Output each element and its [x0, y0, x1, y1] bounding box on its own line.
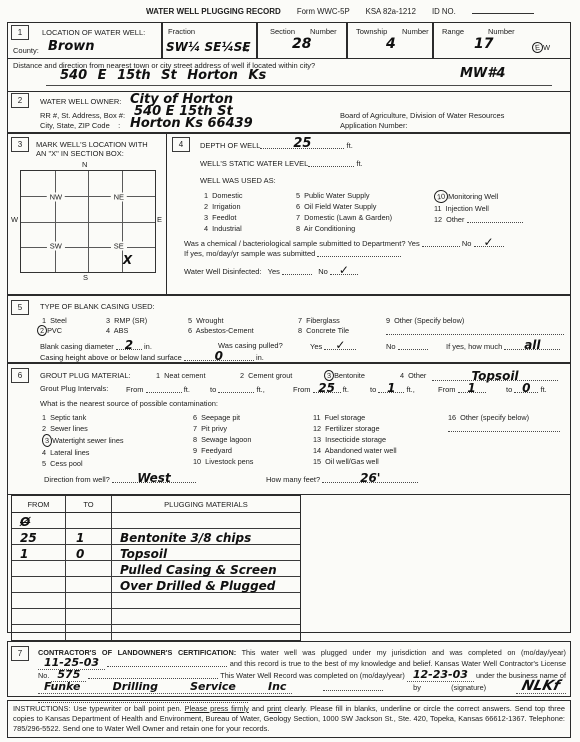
- plugging-materials-table: FROM TO PLUGGING MATERIALS Ø 25 1 Benton…: [11, 495, 301, 641]
- well-use-option: 1 Domestic: [204, 190, 243, 201]
- county-label: County:: [13, 46, 39, 55]
- section1-location: 1 LOCATION OF WATER WELL: County: Brown …: [8, 23, 570, 59]
- table-row: [12, 609, 300, 625]
- well-use-option: 8 Air Conditioning: [296, 223, 392, 234]
- casing-option: 7 Fiberglass: [298, 316, 340, 325]
- to-label: to: [210, 385, 216, 394]
- section7-number-badge: 7: [11, 646, 29, 661]
- plugging-table-region: FROM TO PLUGGING MATERIALS Ø 25 1 Benton…: [7, 495, 571, 633]
- section3-number-badge: 3: [11, 137, 29, 152]
- well-use-option: 7 Domestic (Lawn & Garden): [296, 212, 392, 223]
- contamination-option: 9 Feedyard: [193, 445, 253, 456]
- city-state-zip-value: Horton Ks 66439: [130, 117, 253, 130]
- quadrant-ne-label: NE: [111, 193, 127, 202]
- watertight-label: Watertight sewer lines: [52, 436, 124, 445]
- dotted-leader: [317, 248, 401, 257]
- range-number-label: Number: [488, 27, 515, 36]
- how-much-value: all: [524, 339, 540, 351]
- material-value: Topsoil: [120, 548, 167, 560]
- section1-title: LOCATION OF WATER WELL:: [42, 28, 145, 37]
- dotted-leader: [467, 214, 523, 223]
- casing-height-line: Casing height above or below land surfac…: [40, 352, 264, 362]
- from-label: From: [438, 385, 456, 394]
- township-value: 4: [386, 37, 396, 51]
- to-label: to: [506, 385, 512, 394]
- circled-2-mark: 2: [37, 325, 48, 337]
- contamination-option: 2 Sewer lines: [42, 423, 124, 434]
- interval-3-to: to 0 ft.: [506, 384, 547, 394]
- pulled-question: Was casing pulled?: [218, 341, 283, 350]
- mid-form-box: 3 MARK WELL'S LOCATION WITH AN "X" IN SE…: [7, 133, 571, 295]
- fraction-value: SW¼ SE¼SE: [166, 41, 251, 53]
- distance-direction-row: Distance and direction from nearest town…: [8, 58, 570, 92]
- township-label: Township: [356, 27, 387, 36]
- contamination-option: 6 Seepage pit: [193, 412, 253, 423]
- contamination-option: 16 Other (specify below): [448, 412, 560, 423]
- direction-value: West: [137, 472, 171, 484]
- grout-option: 1 Neat cement: [156, 371, 205, 380]
- dotted-leader: [88, 670, 218, 679]
- casing-option: 1 Steel: [42, 316, 67, 325]
- contamination-option: 10 Livestock pens: [193, 456, 253, 467]
- form-header: WATER WELL PLUGGING RECORD Form WWC-5P K…: [146, 5, 534, 16]
- from-value: 25: [20, 532, 37, 544]
- certification-text1: This water well was plugged under my jur…: [242, 648, 566, 657]
- dotted-leader: [146, 384, 182, 393]
- bentonite-label: Bentonite: [334, 371, 365, 380]
- yes-label: Yes: [268, 267, 280, 276]
- dotted-leader: [386, 326, 564, 335]
- well-id-note: MW#4: [460, 67, 505, 80]
- chem-sample-question: Was a chemical / bacteriological sample …: [184, 239, 406, 248]
- interval2-from-value: 25: [318, 382, 335, 394]
- section4-number-badge: 4: [172, 137, 190, 152]
- depth-value: 25: [293, 137, 311, 150]
- contamination-col2: 6 Seepage pit 7 Pit privy 8 Sewage lagoo…: [193, 412, 253, 467]
- divider: [256, 23, 258, 58]
- well-use-options-col1: 1 Domestic 2 Irrigation 3 Feedlot 4 Indu…: [204, 190, 243, 234]
- dotted-leader: [308, 158, 354, 167]
- grout-other-value: Topsoil: [471, 370, 518, 382]
- pvc-label: PVC: [47, 326, 62, 335]
- compass-south-label: S: [83, 273, 88, 282]
- contamination-option: 5 Cess pool: [42, 458, 124, 469]
- range-value: 17: [474, 37, 493, 51]
- table-header-materials: PLUGGING MATERIALS: [112, 496, 300, 512]
- interval-3-from: From 1: [438, 384, 486, 394]
- pulled-yes-line: Yes ✓: [310, 341, 356, 351]
- intervals-label: Grout Plug Intervals:: [40, 384, 108, 393]
- if-yes-line: If yes, mo/day/yr sample was submitted: [184, 248, 401, 258]
- casing-option: 3 RMP (SR): [106, 316, 147, 325]
- section-label: Section: [270, 27, 295, 36]
- quadrant-nw-label: NW: [47, 193, 66, 202]
- agency-name: Board of Agriculture, Division of Water …: [340, 111, 504, 120]
- depth-unit: ft.: [347, 141, 353, 150]
- section5-title: TYPE OF BLANK CASING USED:: [40, 302, 155, 311]
- pulled-no-line: No: [386, 341, 428, 351]
- compass-north-label: N: [82, 160, 87, 169]
- table-row: [12, 625, 300, 640]
- well-use-option: 6 Oil Field Water Supply: [296, 201, 392, 212]
- yes-label: Yes: [407, 239, 419, 248]
- static-water-level-line: WELL'S STATIC WATER LEVEL ft.: [200, 158, 363, 168]
- grid-line: [21, 247, 155, 248]
- pulled-yes-checkmark: ✓: [335, 339, 345, 351]
- well-use-option-other: 12 Other: [434, 214, 523, 225]
- range-label: Range: [442, 27, 464, 36]
- no-label: No: [318, 267, 328, 276]
- county-value: Brown: [48, 40, 95, 53]
- yes-label: Yes: [310, 342, 322, 351]
- depth-of-well-line: DEPTH OF WELL25 ft.: [200, 140, 353, 150]
- circled-3-mark: 3: [324, 370, 335, 382]
- township-number-label: Number: [402, 27, 429, 36]
- casing-option: 4 ABS: [106, 326, 128, 335]
- casing-height-unit: in.: [256, 353, 264, 362]
- table-row: Ø: [12, 513, 300, 529]
- table-header-from: FROM: [12, 496, 66, 512]
- divider: [432, 23, 434, 58]
- grid-line: [21, 222, 155, 223]
- signature-label: by (signature): [413, 683, 486, 692]
- signature-scribble: NLKf: [521, 681, 561, 691]
- section5-blank-casing: 5 TYPE OF BLANK CASING USED: 1 Steel 3 R…: [7, 295, 571, 363]
- casing-option-pvc: 2PVC: [37, 325, 62, 336]
- direction-line: Direction from well? West: [44, 474, 196, 484]
- casing-option: 6 Asbestos-Cement: [188, 326, 254, 335]
- circled-3-mark: 3: [41, 434, 52, 448]
- contamination-col1: 1 Septic tank 2 Sewer lines 3Watertight …: [42, 412, 124, 469]
- contamination-option: 14 Abandoned water well: [313, 445, 397, 456]
- dotted-leader: [422, 238, 460, 247]
- well-use-option: 2 Irrigation: [204, 201, 243, 212]
- divider: [346, 23, 348, 58]
- material-value: Pulled Casing & Screen: [120, 564, 277, 576]
- material-value: Bentonite 3/8 chips: [120, 532, 251, 544]
- table-row: [12, 593, 300, 609]
- table-header-row: FROM TO PLUGGING MATERIALS: [12, 496, 300, 513]
- depth-label: DEPTH OF WELL: [200, 141, 260, 150]
- section3-title-line2: AN "X" IN SECTION BOX:: [36, 149, 124, 158]
- from-label: From: [126, 385, 144, 394]
- from-label: From: [293, 385, 311, 394]
- quadrant-sw-label: SW: [47, 241, 65, 250]
- contamination-option: 15 Oil well/Gas well: [313, 456, 397, 467]
- interval-1: From ft.: [126, 384, 190, 394]
- grid-line: [21, 196, 155, 197]
- quadrant-se-label: SE: [111, 241, 127, 250]
- casing-height-label: Casing height above or below land surfac…: [40, 353, 182, 362]
- section6-number-badge: 6: [11, 368, 29, 383]
- distance-value: 540 E 15th St Horton Ks: [60, 69, 266, 82]
- well-use-option: 3 Feedlot: [204, 212, 243, 223]
- interval3-from-value: 1: [467, 382, 475, 394]
- id-no-label: ID NO.: [432, 7, 456, 16]
- disinfected-label: Water Well Disinfected:: [184, 267, 262, 276]
- interval2-to-value: 1: [387, 382, 395, 394]
- dotted-leader: [323, 682, 383, 691]
- disinfected-no-checkmark: ✓: [339, 264, 349, 276]
- section-value: 28: [292, 37, 311, 51]
- material-value: Over Drilled & Plugged: [120, 580, 275, 592]
- no-label: No: [462, 239, 472, 248]
- from-value: Ø: [20, 516, 30, 528]
- well-use-option-monitoring: 10Monitoring Well: [434, 190, 523, 203]
- instructions-text: INSTRUCTIONS: Use typewriter or ball poi…: [13, 704, 565, 734]
- feet-line: How many feet? 26': [266, 474, 418, 484]
- ft-label: ft.: [184, 385, 190, 394]
- instructions-underline1: Please press firmly: [185, 704, 249, 713]
- grout-option-other: 4 Other: [400, 371, 426, 380]
- ft-label: ft.,: [256, 385, 264, 394]
- used-as-label: WELL WAS USED AS:: [200, 176, 276, 185]
- compass-west-label: W: [11, 215, 18, 224]
- casing-option: 8 Concrete Tile: [298, 326, 349, 335]
- casing-option: 9 Other (Specify below): [386, 316, 464, 325]
- interval-2-from: From 25 ft.: [293, 384, 349, 394]
- grout-option: 2 Cement grout: [240, 371, 292, 380]
- how-much-line: If yes, how much all: [446, 341, 560, 351]
- other-label: 12 Other: [434, 215, 464, 224]
- section1-number-badge: 1: [11, 25, 29, 40]
- diameter-unit: in.: [144, 342, 152, 351]
- feet-value: 26': [360, 472, 380, 484]
- table-row: 1 0 Topsoil: [12, 545, 300, 561]
- contamination-option: 13 Insecticide storage: [313, 434, 397, 445]
- contamination-option: 8 Sewage lagoon: [193, 434, 253, 445]
- fraction-label: Fraction: [168, 27, 195, 36]
- compass-east-label: E: [157, 215, 162, 224]
- statute-ref: KSA 82a-1212: [366, 7, 416, 16]
- section3-title-line1: MARK WELL'S LOCATION WITH: [36, 140, 148, 149]
- direction-label: Direction from well?: [44, 475, 110, 484]
- contamination-option: 7 Pit privy: [193, 423, 253, 434]
- static-level-unit: ft.: [356, 159, 362, 168]
- section7-certification: 7 CONTRACTOR'S OF LANDOWNER'S CERTIFICAT…: [7, 641, 571, 697]
- city-state-zip-label: City, State, ZIP Code :: [40, 121, 120, 130]
- contamination-option: 12 Fertilizer storage: [313, 423, 397, 434]
- well-use-options-col2: 5 Public Water Supply 6 Oil Field Water …: [296, 190, 392, 234]
- ft-label: ft.: [540, 385, 546, 394]
- contamination-option: 1 Septic tank: [42, 412, 124, 423]
- range-west: W: [543, 43, 550, 52]
- chem-sample-question-line: Was a chemical / bacteriological sample …: [184, 238, 504, 248]
- application-number-label: Application Number:: [340, 121, 408, 130]
- divider: [161, 23, 163, 58]
- section5-number-badge: 5: [11, 300, 29, 315]
- well-use-option: 11 Injection Well: [434, 203, 523, 214]
- record-date-value: 12-23-03: [407, 668, 474, 682]
- id-no-blank: [472, 5, 534, 14]
- interval-1-to: to ft.,: [210, 384, 265, 394]
- water-well-plugging-record-form: WATER WELL PLUGGING RECORD Form WWC-5P K…: [0, 0, 580, 742]
- address-label: RR #, St. Address, Box #:: [40, 111, 125, 120]
- section6-grout-plug: 6 GROUT PLUG MATERIAL: 1 Neat cement 2 C…: [7, 363, 571, 495]
- table-header-to: TO: [66, 496, 112, 512]
- section-number-label: Number: [310, 27, 337, 36]
- section6-title: GROUT PLUG MATERIAL:: [40, 371, 131, 380]
- writing-line: [46, 84, 552, 86]
- diameter-label: Blank casing diameter: [40, 342, 114, 351]
- form-number: Form WWC-5P: [297, 7, 350, 16]
- contamination-option: 11 Fuel storage: [313, 412, 397, 423]
- static-level-label: WELL'S STATIC WATER LEVEL: [200, 159, 308, 168]
- monitoring-well-label: Monitoring Well: [448, 192, 498, 201]
- to-value: 1: [76, 532, 84, 544]
- section2-number-badge: 2: [11, 93, 29, 108]
- dotted-leader: [282, 266, 312, 275]
- casing-height-value: 0: [215, 350, 223, 362]
- certification-text3: This Water Well Record was completed on …: [220, 671, 405, 680]
- section2-owner: 2 WATER WELL OWNER: City of Horton RR #,…: [8, 91, 570, 134]
- well-use-option: 5 Public Water Supply: [296, 190, 392, 201]
- form-title: WATER WELL PLUGGING RECORD: [146, 7, 281, 16]
- feet-label: How many feet?: [266, 475, 320, 484]
- ft-label: ft.: [343, 385, 349, 394]
- table-row: Over Drilled & Plugged: [12, 577, 300, 593]
- no-label: No: [386, 342, 396, 351]
- ft-label: ft.,: [406, 385, 414, 394]
- instructions-part1: INSTRUCTIONS: Use typewriter or ball poi…: [13, 704, 185, 713]
- dotted-leader: [218, 384, 254, 393]
- table-row: 25 1 Bentonite 3/8 chips: [12, 529, 300, 545]
- grout-other-fill: Topsoil: [432, 372, 558, 381]
- dotted-leader: [398, 341, 428, 350]
- how-much-label: If yes, how much: [446, 342, 502, 351]
- dotted-leader: [107, 658, 227, 667]
- range-east-circled: E: [532, 42, 544, 54]
- casing-option: 5 Wrought: [188, 316, 224, 325]
- diameter-value: 2: [125, 339, 133, 351]
- contamination-label: What is the nearest source of possible c…: [40, 399, 218, 408]
- disinfected-line: Water Well Disinfected: Yes No ✓: [184, 266, 358, 276]
- dotted-leader: [448, 423, 560, 432]
- business-name-value: Funke Drilling Service Inc: [38, 680, 292, 694]
- instructions-part2: and: [249, 704, 267, 713]
- contamination-option-watertight: 3Watertight sewer lines: [42, 434, 124, 447]
- grout-option-bentonite: 3Bentonite: [324, 370, 365, 381]
- interval3-to-value: 0: [522, 382, 530, 394]
- fraction-quarter-suffix: ¼: [242, 45, 248, 54]
- well-location-x-mark: X: [123, 254, 132, 266]
- casing-diameter-line: Blank casing diameter 2 in.: [40, 341, 152, 351]
- instructions-box: INSTRUCTIONS: Use typewriter or ball poi…: [7, 700, 571, 738]
- table-row: Pulled Casing & Screen: [12, 561, 300, 577]
- section-grid: NW NE SW SE X: [20, 170, 156, 273]
- chem-no-checkmark: ✓: [484, 236, 494, 248]
- circled-10-mark: 10: [433, 189, 448, 203]
- contamination-col3: 11 Fuel storage 12 Fertilizer storage 13…: [313, 412, 397, 467]
- well-use-option: 4 Industrial: [204, 223, 243, 234]
- section4-well-details: 4 DEPTH OF WELL25 ft. WELL'S STATIC WATE…: [168, 134, 570, 294]
- contamination-option: 4 Lateral lines: [42, 447, 124, 458]
- instructions-underline2: print: [267, 704, 281, 713]
- well-use-options-col3: 10Monitoring Well 11 Injection Well 12 O…: [434, 190, 523, 225]
- if-yes-label: If yes, mo/day/yr sample was submitted: [184, 249, 315, 258]
- range-east-west: EW: [532, 42, 550, 53]
- section3-location-grid: 3 MARK WELL'S LOCATION WITH AN "X" IN SE…: [8, 134, 167, 294]
- certification-text: CONTRACTOR'S OF LANDOWNER'S CERTIFICATIO…: [38, 648, 566, 705]
- from-value: 1: [20, 548, 28, 560]
- interval-2-to: to 1 ft.,: [370, 384, 415, 394]
- owner-label: WATER WELL OWNER:: [40, 97, 121, 106]
- top-form-box: 1 LOCATION OF WATER WELL: County: Brown …: [7, 22, 571, 133]
- to-value: 0: [76, 548, 84, 560]
- to-label: to: [370, 385, 376, 394]
- contamination-col4: 16 Other (specify below): [448, 412, 560, 434]
